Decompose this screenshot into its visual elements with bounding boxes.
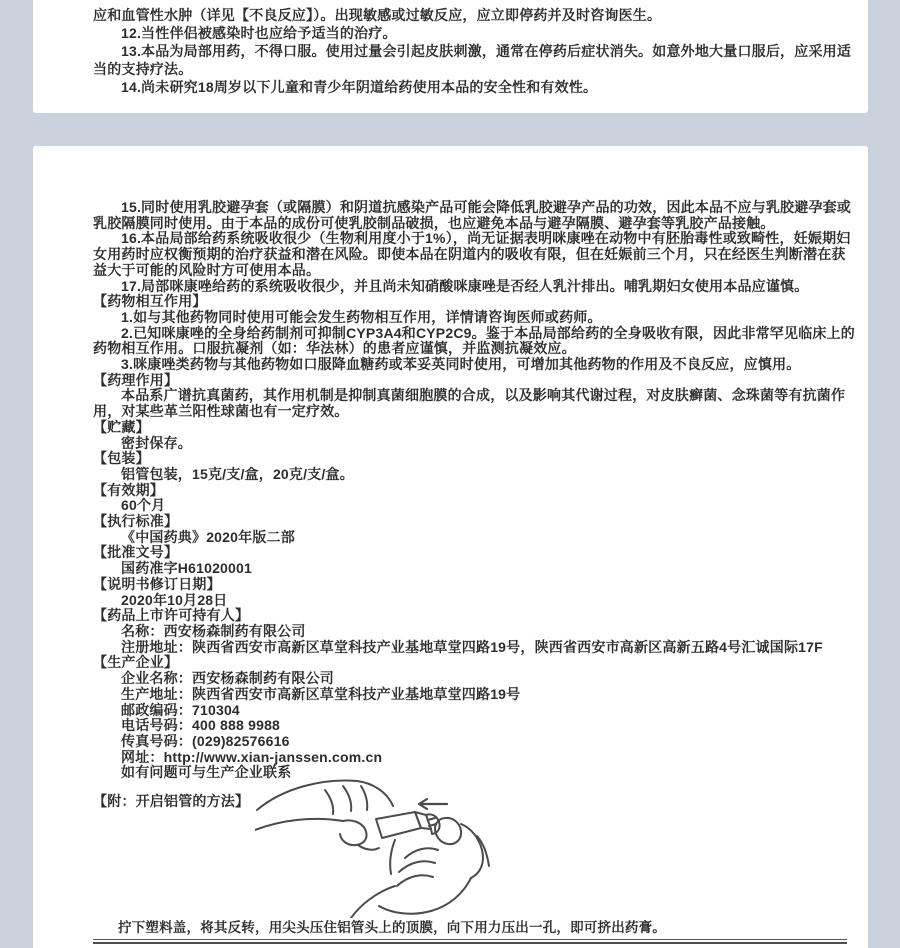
text-line: 12.当性伴侣被感染时也应给予适当的治疗。 — [93, 24, 856, 42]
text-line: 铝管包装，15克/支/盒，20克/支/盒。 — [93, 467, 856, 483]
section-heading: 【说明书修订日期】 — [93, 577, 856, 593]
top-panel-text: 应和血管性水肿（详见【不良反应】）。出现敏感或过敏反应，应立即停药并及时咨询医生… — [93, 6, 856, 96]
text-line: 本品系广谱抗真菌药，其作用机制是抑制真菌细胞膜的合成，以及影响其代谢过程，对皮肤… — [93, 388, 856, 419]
text-line: 企业名称：西安杨森制药有限公司 — [93, 671, 856, 687]
text-line: 名称：西安杨森制药有限公司 — [93, 624, 856, 640]
text-line: 《中国药典》2020年版二部 — [93, 530, 856, 546]
text-line: 邮政编码：710304 — [93, 703, 856, 719]
bottom-divider-rule — [93, 939, 847, 944]
text-line: 应和血管性水肿（详见【不良反应】）。出现敏感或过敏反应，应立即停药并及时咨询医生… — [93, 6, 856, 24]
section-heading: 【药物相互作用】 — [93, 294, 856, 310]
section-heading: 【贮藏】 — [93, 420, 856, 436]
text-line: 密封保存。 — [93, 436, 856, 452]
text-line: 生产地址：陕西省西安市高新区草堂科技产业基地草堂四路19号 — [93, 687, 856, 703]
text-line: 16.本品局部给药系统吸收很少（生物利用度小于1%），尚无证据表明咪康唑在动物中… — [93, 231, 856, 278]
text-line: 2020年10月28日 — [93, 593, 856, 609]
section-heading: 【包装】 — [93, 451, 856, 467]
section-heading: 【有效期】 — [93, 483, 856, 499]
text-line: 电话号码：400 888 9988 — [93, 718, 856, 734]
text-line: 传真号码：(029)82576616 — [93, 734, 856, 750]
right-hand-twisting-cap — [351, 818, 489, 918]
section-heading: 【生产企业】 — [93, 655, 856, 671]
text-line: 13.本品为局部用药，不得口服。使用过量会引起皮肤刺激，通常在停药后症状消失。如… — [93, 42, 856, 78]
text-line: 3.咪康唑类药物与其他药物如口服降血糖药或苯妥英同时使用，可增加其他药物的作用及… — [93, 357, 856, 373]
section-heading: 【批准文号】 — [93, 545, 856, 561]
page-background: { "page": { "background_color": "#cad2dd… — [0, 0, 900, 948]
text-line: 2.已知咪康唑的全身给药制剂可抑制CYP3A4和CYP2C9。鉴于本品局部给药的… — [93, 326, 856, 357]
text-line: 14.尚未研究18周岁以下儿童和青少年阴道给药使用本品的安全性和有效性。 — [93, 78, 856, 96]
leaflet-top-panel: 应和血管性水肿（详见【不良反应】）。出现敏感或过敏反应，应立即停药并及时咨询医生… — [33, 0, 868, 113]
text-line: 1.如与其他药物同时使用可能会发生药物相互作用，详情请咨询医师或药师。 — [93, 310, 856, 326]
text-line: 17.局部咪康唑给药的系统吸收很少，并且尚未知硝酸咪康唑是否经人乳汁排出。哺乳期… — [93, 279, 856, 295]
section-heading: 【药理作用】 — [93, 373, 856, 389]
tube-opening-caption: 拧下塑料盖，将其反转，用尖头压住铝管头上的顶膜，向下用力压出一孔，即可挤出药膏。 — [118, 916, 666, 936]
text-line: 网址：http://www.xian-janssen.com.cn — [93, 750, 856, 766]
tube-opening-illustration — [255, 778, 490, 918]
main-panel-text: 15.同时使用乳胶避孕套（或隔膜）和阴道抗感染产品可能会降低乳胶避孕产品的功效，… — [93, 200, 856, 810]
pull-arrow-icon — [419, 799, 447, 809]
section-heading: 【药品上市许可持有人】 — [93, 608, 856, 624]
text-line: 60个月 — [93, 498, 856, 514]
text-line: 国药准字H61020001 — [93, 561, 856, 577]
left-hand-holding-tube — [255, 780, 393, 849]
hands-opening-tube-drawing — [255, 778, 490, 918]
leaflet-main-panel: 15.同时使用乳胶避孕套（或隔膜）和阴道抗感染产品可能会降低乳胶避孕产品的功效，… — [33, 146, 868, 948]
text-line: 注册地址：陕西省西安市高新区草堂科技产业基地草堂四路19号，陕西省西安市高新区高… — [93, 640, 856, 656]
section-heading: 【执行标准】 — [93, 514, 856, 530]
aluminium-tube — [376, 812, 440, 838]
text-line: 15.同时使用乳胶避孕套（或隔膜）和阴道抗感染产品可能会降低乳胶避孕产品的功效，… — [93, 200, 856, 231]
